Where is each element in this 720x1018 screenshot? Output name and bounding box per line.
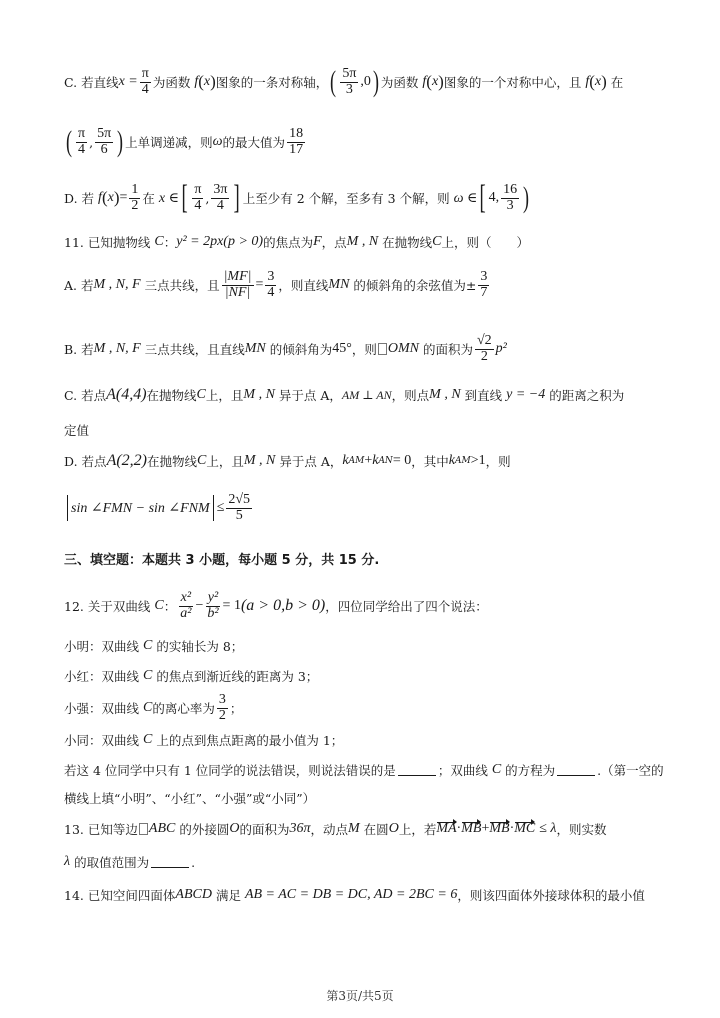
text: 在抛物线	[382, 233, 432, 251]
fraction: 1817	[287, 127, 305, 157]
text: 的面积为	[423, 340, 473, 358]
text: ；	[230, 699, 243, 717]
q12-question-cont: 横线上填“小明”、“小红”、“小强”或“小同”）	[64, 788, 670, 808]
option-label: D.	[64, 191, 78, 206]
text: 的外接圆	[179, 820, 229, 838]
question-number: 11.	[64, 235, 84, 250]
text: 上，若	[399, 820, 437, 838]
q13-cont: λ 的取值范围为.	[64, 852, 670, 872]
math: A(2,2)	[107, 452, 147, 470]
question-number: 14.	[64, 888, 84, 903]
text: ，则该四面体外接球体积的最小值	[457, 886, 645, 904]
math: 45°	[332, 341, 352, 357]
text: 异于点 A，	[279, 452, 342, 470]
text: 的倾斜角为	[270, 340, 333, 358]
text: .（第一空的	[597, 761, 663, 779]
math: M , N	[243, 387, 275, 403]
math: −	[195, 598, 203, 614]
fraction: π4	[76, 127, 87, 157]
answer-blank-2[interactable]	[557, 764, 595, 776]
q11-option-d-inequality: sin ∠FMN − sin ∠FNM ≤ 2√55	[64, 486, 670, 530]
text: 的取值范围为	[74, 853, 149, 871]
math: >1	[471, 453, 486, 469]
text: 图象的一个对称中心，且	[444, 73, 582, 91]
subscript: AM	[349, 456, 365, 466]
fraction: 5π3	[340, 67, 358, 97]
text: 已知等边	[88, 820, 138, 838]
math: M , N	[244, 453, 276, 469]
text: ，则	[352, 340, 377, 358]
text: 在	[142, 189, 155, 207]
speaker: 小同：	[64, 731, 102, 749]
text: 在	[611, 73, 624, 91]
math: M , N, F	[94, 341, 141, 357]
math: x ∈	[159, 190, 179, 207]
text: 上，则（ ）	[442, 233, 530, 251]
q11-option-b: B. 若 M , N, F 三点共线，且直线 MN 的倾斜角为 45° ，则 O…	[64, 326, 670, 372]
math: OMN	[388, 341, 419, 357]
text: ，则点	[392, 386, 430, 404]
fraction: |MF||NF|	[222, 270, 254, 300]
text: 上，且	[206, 452, 244, 470]
text: 满足	[216, 886, 241, 904]
triangle-placeholder-glyph	[139, 823, 148, 835]
math: AM ⊥ AN	[342, 388, 392, 403]
text: 双曲线	[102, 731, 140, 749]
math: =	[256, 277, 264, 293]
q11-option-a: A. 若 M , N, F 三点共线，且 |MF||NF| = 34 ，则直线 …	[64, 262, 670, 308]
math: ABC	[149, 821, 175, 837]
math: M	[348, 821, 360, 837]
vector-MB: MB	[489, 821, 509, 837]
text: 的面积为	[239, 820, 289, 838]
text: 若点	[81, 386, 106, 404]
text: ，则	[486, 452, 511, 470]
text: 的焦点到渐近线的距离为 3；	[156, 667, 318, 685]
math: ω ∈	[454, 190, 478, 207]
text: 若点	[82, 452, 107, 470]
text: ，动点	[311, 820, 349, 838]
math: M , N	[429, 387, 461, 403]
math: sin ∠FMN − sin ∠FNM	[71, 500, 210, 517]
speaker: 小红：	[64, 667, 102, 685]
vector-MC: MC	[514, 821, 535, 837]
heading-text: 三、填空题：本题共 3 小题，每小题 5 分，共 15 分.	[64, 549, 379, 568]
q12-stem: 12. 关于双曲线 C： x²a² − y²b² = 1 (a > 0,b > …	[64, 584, 670, 628]
math: y² = 2px(p > 0)	[176, 234, 263, 250]
speaker: 小明：	[64, 637, 102, 655]
math: ABCD	[175, 887, 212, 903]
math: ,0	[360, 74, 371, 90]
q13-stem: 13. 已知等边ABC 的外接圆 O 的面积为 36π ，动点 M 在圆 O 上…	[64, 818, 670, 840]
math: ω	[213, 134, 223, 150]
fraction: y²b²	[205, 591, 220, 621]
fraction: 37	[478, 270, 489, 300]
math: ≤	[217, 500, 225, 516]
text: 若直线	[81, 73, 119, 91]
text: 双曲线	[102, 637, 140, 655]
fraction: π4	[192, 183, 203, 213]
speaker: 小强：	[64, 699, 102, 717]
text: 的倾斜角的余弦值为±	[353, 276, 476, 294]
math: A(4,4)	[106, 386, 146, 404]
triangle-placeholder-glyph	[378, 343, 387, 355]
math: O	[389, 821, 399, 837]
text: 若	[81, 276, 94, 294]
fraction: 12	[129, 183, 140, 213]
q10-option-c-line1: C. 若直线 x = π4 为函数 f(x) 图象的一条对称轴， (5π3,0)…	[64, 62, 670, 102]
text: 的离心率为	[152, 699, 215, 717]
q12-claim-xiaotong: 小同： 双曲线 C 上的点到焦点距离的最小值为 1；	[64, 730, 670, 750]
page-footer: 第3页/共5页	[0, 987, 720, 1004]
math: C	[143, 700, 152, 716]
text: 若	[82, 189, 95, 207]
text: 异于点 A，	[279, 386, 342, 404]
q12-claim-xiaoming: 小明： 双曲线 C 的实轴长为 8；	[64, 636, 670, 656]
answer-blank[interactable]	[151, 856, 189, 868]
subscript: AN	[378, 456, 392, 466]
text: 的焦点为	[263, 233, 313, 251]
q10-option-c-line2: (π4,5π6) 上单调递减，则 ω 的最大值为 1817	[64, 122, 670, 162]
vector-MB: MB	[461, 821, 481, 837]
fraction: √22	[475, 334, 494, 364]
fraction: x²a²	[178, 591, 193, 621]
vector-MA: MA	[436, 821, 456, 837]
fraction: 34	[265, 270, 276, 300]
math: O	[229, 821, 239, 837]
text: 双曲线	[102, 699, 140, 717]
math: y = −4	[506, 387, 545, 403]
math: x =	[119, 74, 138, 90]
text: ，则实数	[556, 820, 606, 838]
text: 双曲线	[102, 667, 140, 685]
text: 的方程为	[505, 761, 555, 779]
q11-option-c: C. 若点 A(4,4) 在抛物线 C 上，且 M , N 异于点 A， AM …	[64, 384, 670, 406]
question-number: 13.	[64, 822, 84, 837]
math: +	[364, 453, 372, 469]
q11-option-c-cont: 定值	[64, 420, 670, 440]
text: ：	[164, 233, 177, 251]
text: 三点共线，且直线	[145, 340, 245, 358]
math: M , N	[347, 234, 379, 250]
option-label: B.	[64, 342, 77, 357]
math: C	[154, 234, 163, 250]
text: 的实轴长为 8；	[156, 637, 243, 655]
text: 关于双曲线	[88, 597, 151, 615]
subscript: AM	[455, 456, 471, 466]
text: 上单调递减，则	[125, 133, 213, 151]
math: 4,	[489, 190, 500, 206]
option-label: C.	[64, 388, 77, 403]
fraction: 32	[217, 693, 228, 723]
text: 在抛物线	[147, 452, 197, 470]
text: ，点	[322, 233, 347, 251]
fraction: 3π4	[211, 183, 229, 213]
q10-option-d: D. 若 f(x) = 12 在 x ∈ [π4,3π4] 上至少有 2 个解，…	[64, 176, 670, 220]
fraction: π4	[140, 67, 151, 97]
text: 若	[81, 340, 94, 358]
math: F	[313, 234, 322, 250]
math: MN	[245, 341, 266, 357]
text: ，四位同学给出了四个说法：	[325, 597, 488, 615]
fraction: 163	[501, 183, 519, 213]
text: 到直线	[465, 386, 503, 404]
math: M , N, F	[94, 277, 141, 293]
math: C	[154, 598, 163, 614]
math: (a > 0,b > 0)	[241, 597, 325, 615]
q12-claim-xiaoqiang: 小强： 双曲线 C的离心率为 32；	[64, 688, 670, 728]
option-label: D.	[64, 454, 78, 469]
text: 已知抛物线	[88, 233, 151, 251]
math: = 0	[393, 453, 411, 469]
section-heading: 三、填空题：本题共 3 小题，每小题 5 分，共 15 分.	[64, 548, 670, 568]
q11-option-d: D. 若点 A(2,2) 在抛物线 C 上，且 M , N 异于点 A， kAM…	[64, 450, 670, 472]
text: 为函数	[381, 73, 419, 91]
text: ，其中	[411, 452, 449, 470]
question-number: 12.	[64, 599, 84, 614]
math: C	[492, 762, 501, 778]
text: .	[191, 855, 195, 870]
option-label: C.	[64, 75, 77, 90]
text: 图象的一条对称轴，	[216, 73, 329, 91]
text: 在抛物线	[147, 386, 197, 404]
math: C	[197, 387, 206, 403]
q12-claim-xiaohong: 小红： 双曲线 C 的焦点到渐近线的距离为 3；	[64, 666, 670, 686]
fraction: 2√55	[226, 493, 252, 523]
text: 为函数	[153, 73, 191, 91]
math: C	[143, 638, 152, 654]
math: C	[432, 234, 441, 250]
text: ，则直线	[278, 276, 328, 294]
option-label: A.	[64, 278, 77, 293]
fraction: 5π6	[95, 127, 113, 157]
text: 上，且	[206, 386, 244, 404]
answer-blank-1[interactable]	[398, 764, 436, 776]
math: C	[143, 732, 152, 748]
text: 已知空间四面体	[88, 886, 176, 904]
q14-stem: 14. 已知空间四面体 ABCD 满足 AB = AC = DB = DC, A…	[64, 884, 670, 906]
text: 上至少有 2 个解，至多有 3 个解，则	[243, 189, 450, 207]
math: MN	[328, 277, 349, 293]
math: =	[120, 190, 128, 206]
text: 的距离之积为	[549, 386, 624, 404]
math: C	[197, 453, 206, 469]
q11-stem: 11. 已知抛物线 C： y² = 2px(p > 0) 的焦点为 F ，点 M…	[64, 232, 670, 252]
math: C	[143, 668, 152, 684]
math: ≤ λ	[539, 821, 556, 837]
text: ：	[164, 597, 177, 615]
text: 上的点到焦点距离的最小值为 1；	[156, 731, 343, 749]
text: 的最大值为	[223, 133, 286, 151]
text: 定值	[64, 421, 89, 439]
q12-question: 若这 4 位同学中只有 1 位同学的说法错误，则说法错误的是；双曲线 C 的方程…	[64, 760, 670, 780]
math: AB = AC = DB = DC, AD = 2BC = 6	[245, 887, 457, 903]
math: λ	[64, 854, 70, 870]
text: 三点共线，且	[145, 276, 220, 294]
text: 若这 4 位同学中只有 1 位同学的说法错误，则说法错误的是	[64, 761, 396, 779]
math: 36π	[289, 821, 310, 837]
math: p²	[496, 341, 507, 357]
text: 横线上填“小明”、“小红”、“小强”或“小同”）	[64, 789, 315, 807]
text: ；双曲线	[438, 761, 488, 779]
text: 在圆	[364, 820, 389, 838]
math: = 1	[223, 598, 241, 614]
